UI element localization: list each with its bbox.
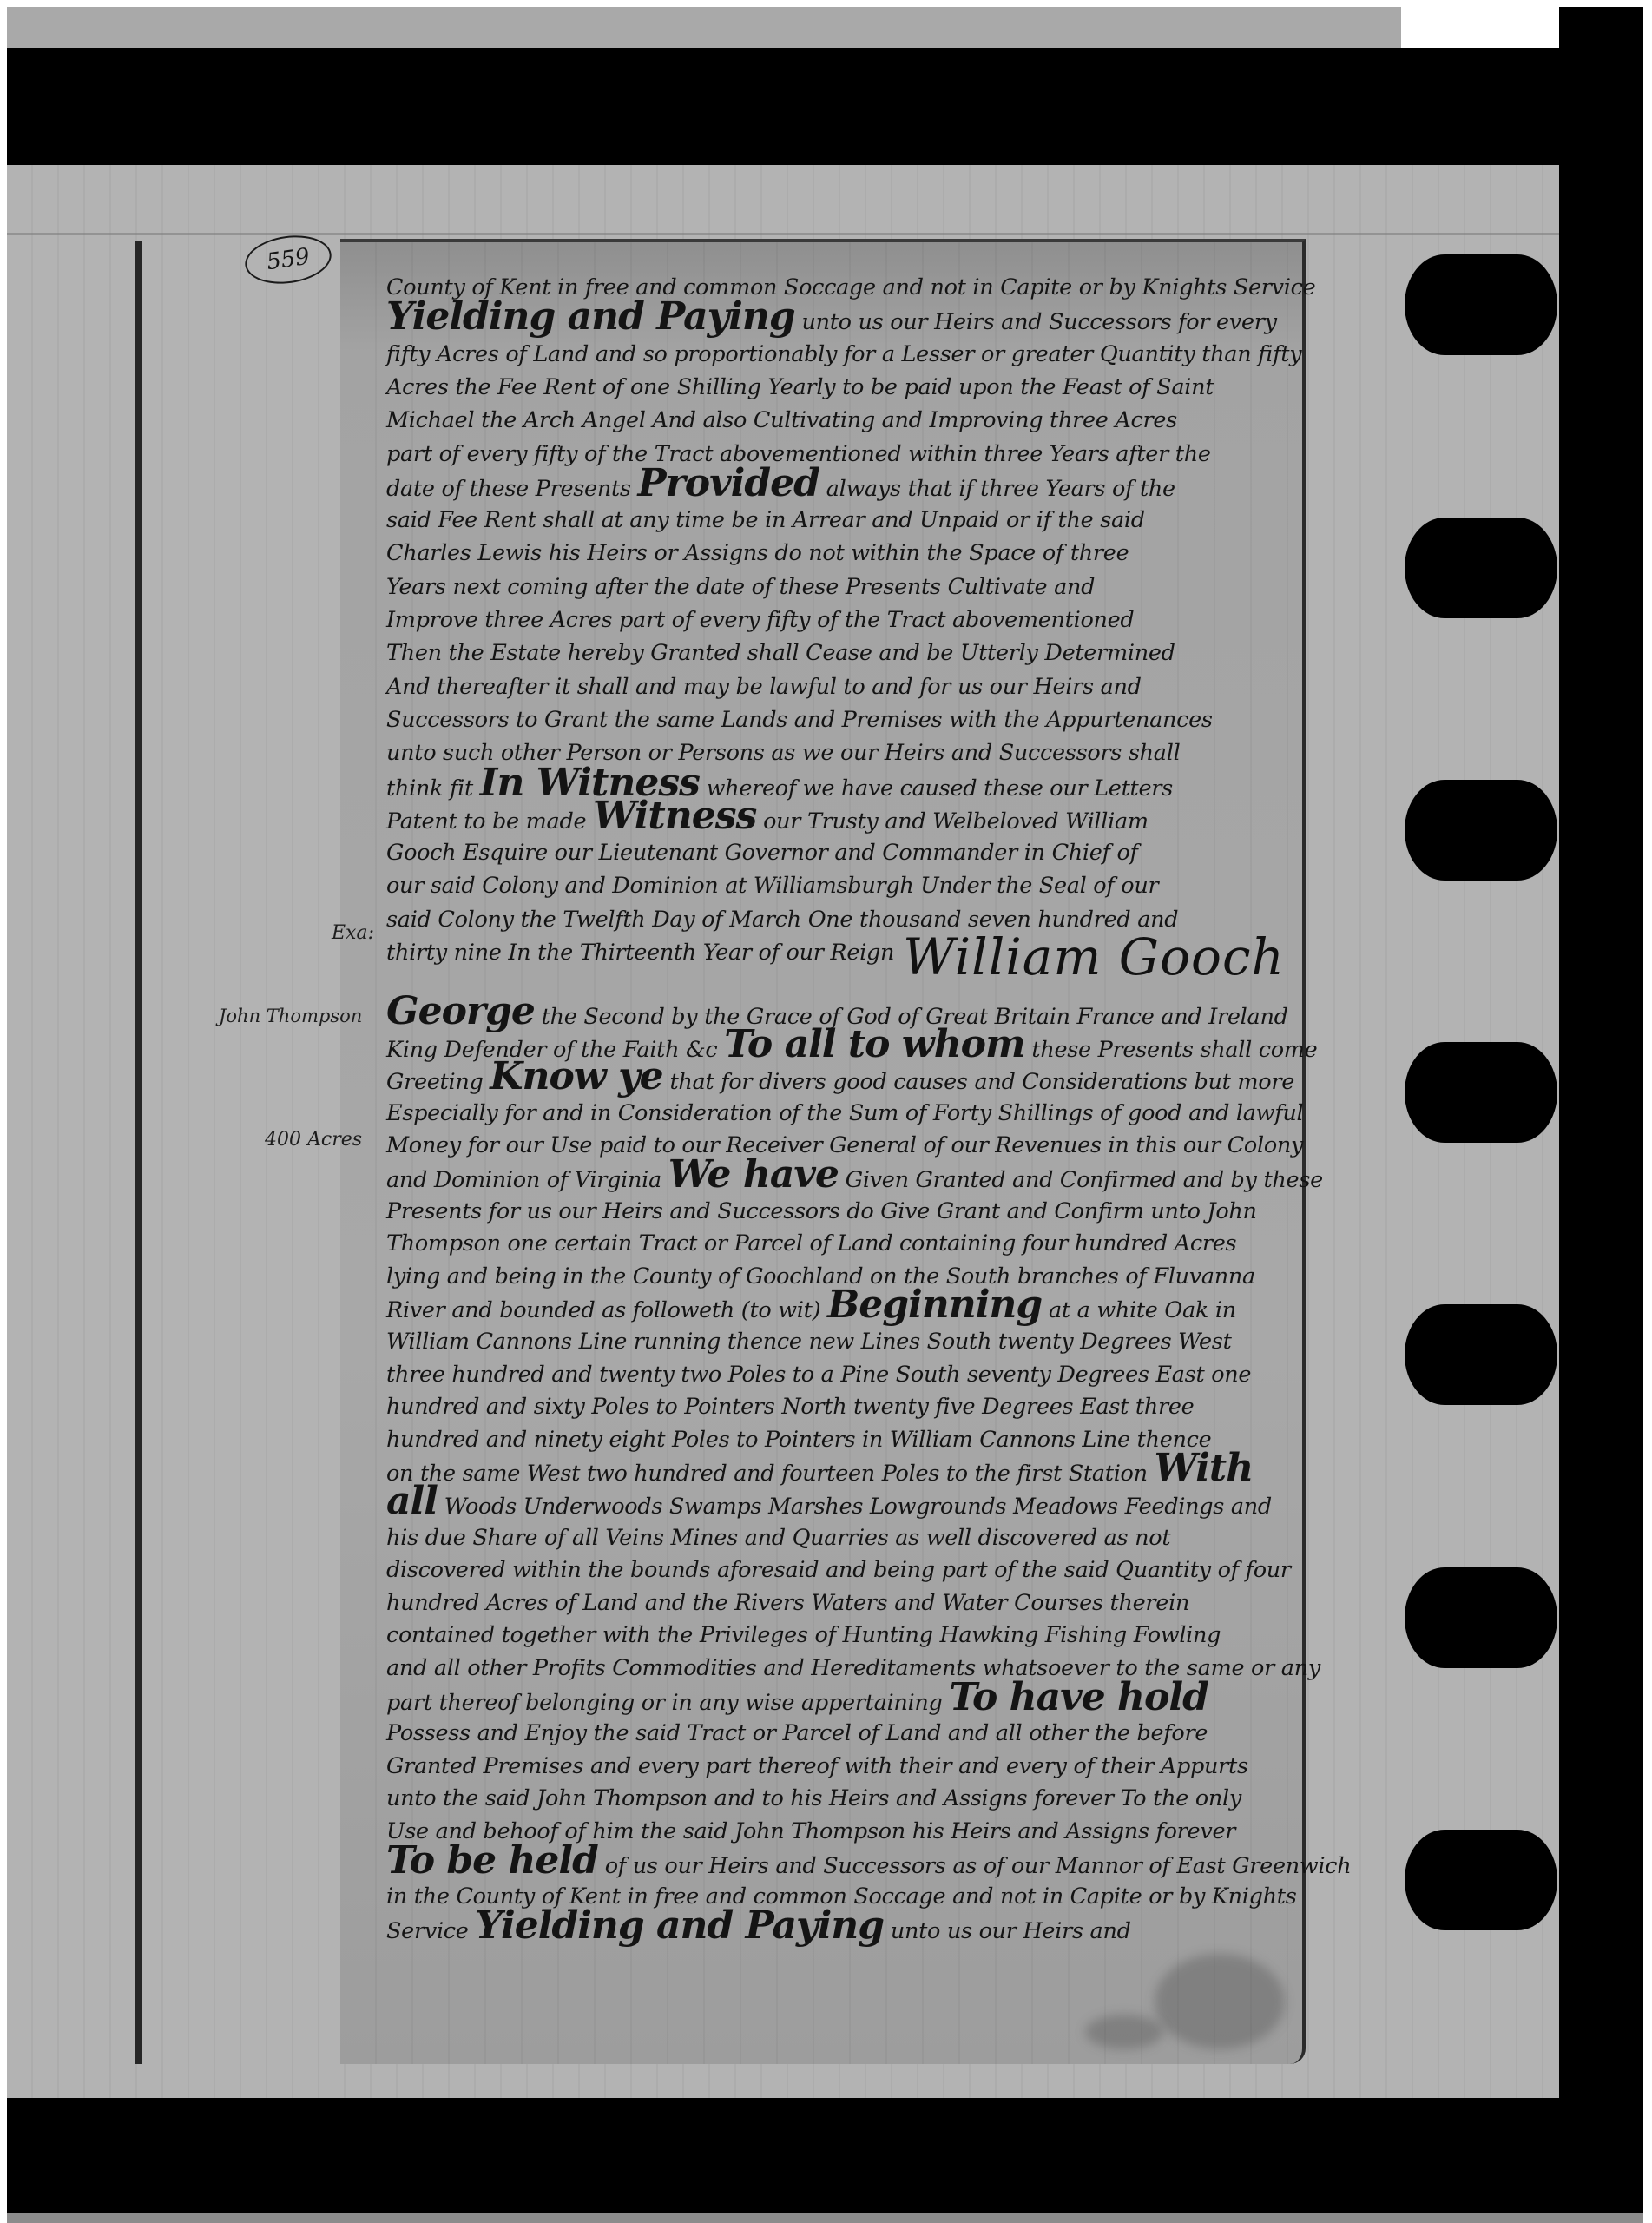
manuscript-line: Presents for us our Heirs and Successors… — [386, 1195, 1306, 1228]
emphasized-phrase: We have — [668, 1152, 839, 1197]
manuscript-line: Michael the Arch Angel And also Cultivat… — [386, 404, 1306, 437]
manuscript-line: Possess and Enjoy the said Tract or Parc… — [386, 1717, 1306, 1750]
manuscript-line: hundred and sixty Poles to Pointers Nort… — [386, 1390, 1306, 1423]
line-text: Successors to Grant the same Lands and P… — [386, 707, 1213, 733]
margin-note-examined: Exa: — [332, 922, 374, 944]
manuscript-line: Greeting Know ye that for divers good ca… — [386, 1064, 1306, 1097]
sprocket-hole — [1405, 1567, 1557, 1668]
line-text: part thereof belonging or in any wise ap… — [386, 1690, 949, 1716]
line-text: think fit — [386, 775, 480, 801]
manuscript-line: think fit In Witness whereof we have cau… — [386, 770, 1306, 803]
film-fold-shadow — [7, 233, 1559, 235]
line-text: said Colony the Twelfth Day of March One… — [386, 907, 1178, 933]
manuscript-line: part thereof belonging or in any wise ap… — [386, 1685, 1306, 1718]
manuscript-line: Successors to Grant the same Lands and P… — [386, 703, 1306, 736]
line-text: Especially for and in Consideration of t… — [386, 1100, 1303, 1126]
manuscript-line: Thompson one certain Tract or Parcel of … — [386, 1227, 1306, 1260]
line-text: thirty nine In the Thirteenth Year of ou… — [386, 940, 894, 966]
stain — [1155, 1954, 1285, 2049]
sprocket-hole — [1405, 518, 1557, 618]
line-text: Service — [386, 1918, 475, 1944]
line-text: William Cannons Line running thence new … — [386, 1329, 1232, 1355]
line-text: unto us our Heirs and Successors for eve… — [795, 309, 1277, 335]
line-text: of us our Heirs and Successors as of our… — [598, 1853, 1351, 1879]
line-text: Then the Estate hereby Granted shall Cea… — [386, 640, 1175, 666]
line-text: Presents for us our Heirs and Successors… — [386, 1198, 1257, 1224]
sprocket-hole — [1405, 254, 1557, 355]
manuscript-line: hundred Acres of Land and the Rivers Wat… — [386, 1586, 1306, 1619]
manuscript-line: said Colony the Twelfth Day of March One… — [386, 903, 1306, 936]
film-bottom-border — [7, 2098, 1643, 2217]
manuscript-line: all Woods Underwoods Swamps Marshes Lowg… — [386, 1488, 1306, 1521]
margin-note-acreage: 400 Acres — [265, 1129, 362, 1151]
line-text: hundred Acres of Land and the Rivers Wat… — [386, 1590, 1189, 1616]
line-text: unto the said John Thompson and to his H… — [386, 1785, 1241, 1811]
line-text: date of these Presents — [386, 476, 638, 502]
line-text: Charles Lewis his Heirs or Assigns do no… — [386, 540, 1129, 566]
line-text: at a white Oak in — [1042, 1297, 1236, 1323]
line-text: hundred and ninety eight Poles to Pointe… — [386, 1427, 1211, 1453]
emphasized-phrase: Yielding and Paying — [475, 1903, 884, 1948]
manuscript-line: Charles Lewis his Heirs or Assigns do no… — [386, 537, 1306, 570]
line-text: our said Colony and Dominion at Williams… — [386, 873, 1158, 899]
manuscript-line: Patent to be made Witness our Trusty and… — [386, 803, 1306, 836]
line-text: Years next coming after the date of thes… — [386, 574, 1095, 600]
line-text: always that if three Years of the — [819, 476, 1175, 502]
line-text: Money for our Use paid to our Receiver G… — [386, 1132, 1303, 1158]
line-text: discovered within the bounds aforesaid a… — [386, 1557, 1291, 1583]
manuscript-line: Years next coming after the date of thes… — [386, 571, 1306, 604]
line-text: Granted Premises and every part thereof … — [386, 1753, 1248, 1779]
manuscript-line: and Dominion of Virginia We have Given G… — [386, 1162, 1306, 1195]
sprocket-hole — [1405, 780, 1557, 881]
next-film-frame-edge — [7, 2213, 1643, 2223]
emphasized-phrase: George — [386, 989, 535, 1033]
manuscript-line: discovered within the bounds aforesaid a… — [386, 1553, 1306, 1586]
line-text: Michael the Arch Angel And also Cultivat… — [386, 407, 1177, 433]
emphasized-phrase: Provided — [638, 461, 819, 505]
previous-film-frame — [7, 7, 1401, 52]
line-text: Improve three Acres part of every fifty … — [386, 607, 1134, 633]
line-text: whereof we have caused these our Letters — [700, 775, 1173, 801]
line-text: River and bounded as followeth (to wit) — [386, 1297, 827, 1323]
manuscript-line: To be held of us our Heirs and Successor… — [386, 1848, 1306, 1881]
line-text: Greeting — [386, 1069, 490, 1095]
manuscript-line: on the same West two hundred and fourtee… — [386, 1455, 1306, 1488]
manuscript-line: Then the Estate hereby Granted shall Cea… — [386, 637, 1306, 670]
emphasized-phrase: Yielding and Paying — [386, 294, 795, 339]
manuscript-line: unto the said John Thompson and to his H… — [386, 1782, 1306, 1815]
sprocket-hole — [1405, 1830, 1557, 1930]
sprocket-hole — [1405, 1042, 1557, 1143]
emphasized-phrase: To have hold — [949, 1675, 1208, 1719]
line-text: Given Granted and Confirmed and by these — [839, 1167, 1323, 1193]
manuscript-line: Service Yielding and Paying unto us our … — [386, 1913, 1306, 1946]
line-text: Thompson one certain Tract or Parcel of … — [386, 1230, 1236, 1257]
manuscript-line: his due Share of all Veins Mines and Qua… — [386, 1521, 1306, 1554]
manuscript-line: Yielding and Paying unto us our Heirs an… — [386, 304, 1306, 337]
line-text: that for divers good causes and Consider… — [663, 1069, 1294, 1095]
manuscript-line: Especially for and in Consideration of t… — [386, 1097, 1306, 1130]
manuscript-line: William Cannons Line running thence new … — [386, 1325, 1306, 1358]
manuscript-line: Money for our Use paid to our Receiver G… — [386, 1129, 1306, 1162]
line-text: fifty Acres of Land and so proportionabl… — [386, 341, 1301, 367]
line-text: And thereafter it shall and may be lawfu… — [386, 674, 1142, 700]
manuscript-line: our said Colony and Dominion at Williams… — [386, 869, 1306, 902]
line-text: Patent to be made — [386, 808, 593, 834]
binding-gutter-line — [135, 241, 142, 2064]
emphasized-phrase: To be held — [386, 1838, 598, 1883]
manuscript-line: Granted Premises and every part thereof … — [386, 1750, 1306, 1783]
emphasized-phrase: all — [386, 1479, 438, 1523]
emphasized-phrase: To all to whom — [724, 1022, 1024, 1066]
manuscript-line: three hundred and twenty two Poles to a … — [386, 1358, 1306, 1391]
manuscript-line: Gooch Esquire our Lieutenant Governor an… — [386, 836, 1306, 869]
manuscript-line: Acres the Fee Rent of one Shilling Yearl… — [386, 371, 1306, 404]
manuscript-line: said Fee Rent shall at any time be in Ar… — [386, 504, 1306, 537]
line-text: and Dominion of Virginia — [386, 1167, 668, 1193]
line-text: unto us our Heirs and — [884, 1918, 1131, 1944]
film-right-border — [1559, 7, 1643, 2217]
emphasized-phrase: Beginning — [827, 1283, 1042, 1327]
line-text: these Presents shall come — [1025, 1037, 1318, 1063]
line-text: our Trusty and Welbeloved William — [756, 808, 1149, 834]
manuscript-line: contained together with the Privileges o… — [386, 1619, 1306, 1652]
line-text: his due Share of all Veins Mines and Qua… — [386, 1525, 1170, 1551]
film-top-border — [7, 48, 1643, 167]
line-text: contained together with the Privileges o… — [386, 1622, 1221, 1648]
line-text: Woods Underwoods Swamps Marshes Lowgroun… — [438, 1494, 1272, 1520]
manuscript-line: part of every fifty of the Tract aboveme… — [386, 438, 1306, 471]
line-text: lying and being in the County of Goochla… — [386, 1263, 1255, 1290]
manuscript-line: Improve three Acres part of every fifty … — [386, 604, 1306, 637]
line-text: three hundred and twenty two Poles to a … — [386, 1362, 1251, 1388]
line-text: Acres the Fee Rent of one Shilling Yearl… — [386, 374, 1214, 400]
sprocket-hole — [1405, 1304, 1557, 1405]
stain — [1085, 2015, 1163, 2049]
line-text: said Fee Rent shall at any time be in Ar… — [386, 507, 1145, 533]
manuscript-line: River and bounded as followeth (to wit) … — [386, 1292, 1306, 1325]
manuscript-line: date of these Presents Provided always t… — [386, 471, 1306, 504]
manuscript-line: fifty Acres of Land and so proportionabl… — [386, 338, 1306, 371]
emphasized-phrase: Know ye — [490, 1054, 662, 1098]
manuscript-line: And thereafter it shall and may be lawfu… — [386, 670, 1306, 703]
line-text: hundred and sixty Poles to Pointers Nort… — [386, 1394, 1194, 1420]
line-text: on the same West two hundred and fourtee… — [386, 1461, 1155, 1487]
manuscript-line: thirty nine In the Thirteenth Year of ou… — [386, 936, 1306, 969]
line-text: Possess and Enjoy the said Tract or Parc… — [386, 1720, 1208, 1746]
emphasized-phrase: Witness — [593, 794, 756, 838]
margin-note-grantee: John Thompson — [219, 1006, 362, 1026]
line-text: Gooch Esquire our Lieutenant Governor an… — [386, 840, 1138, 866]
emphasized-phrase: With — [1155, 1446, 1254, 1490]
